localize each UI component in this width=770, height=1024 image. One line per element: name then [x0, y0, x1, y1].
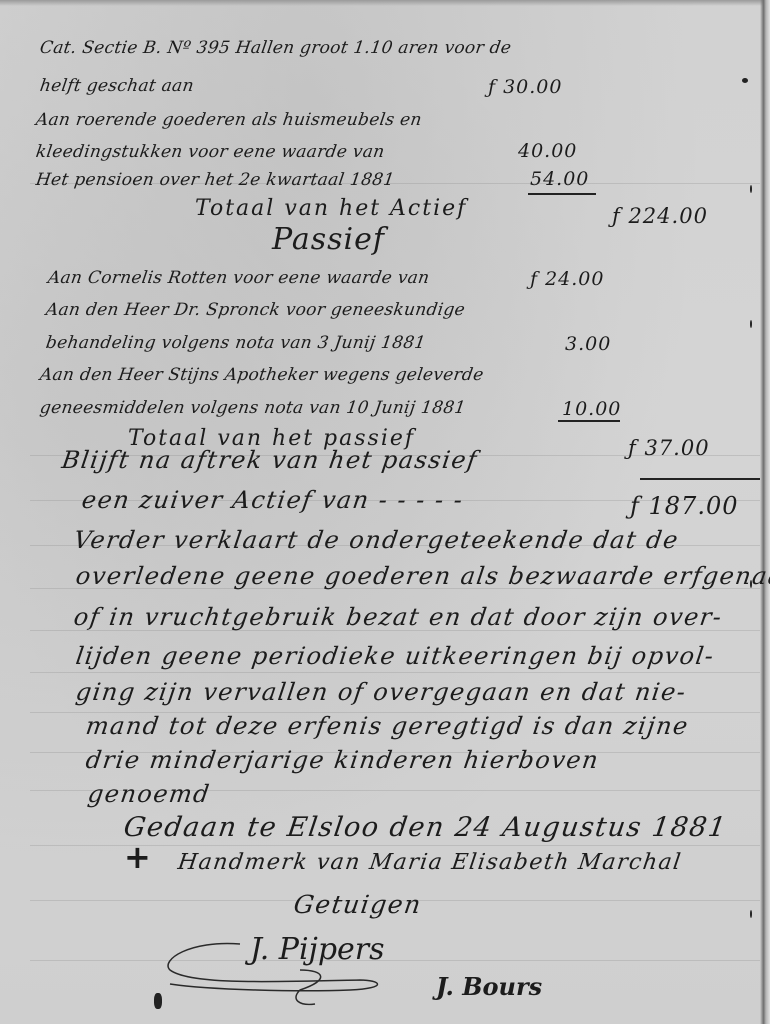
- declaration-line-1: Verder verklaart de ondergeteekende dat …: [72, 526, 681, 554]
- activa-line-1: Cat. Sectie B. Nº 395 Hallen groot 1.10 …: [39, 38, 513, 58]
- hand-mark-text: Handmerk van Maria Elisabeth Marchal: [176, 850, 683, 875]
- activa-line-4: kleedingstukken voor eene waarde van: [35, 142, 386, 162]
- passief-amount-rotten: ƒ 24.00: [530, 268, 604, 290]
- passief-line-4: Aan den Heer Stijns Apotheker wegens gel…: [39, 365, 485, 385]
- page-right-edge: [760, 0, 770, 1024]
- activa-amount-pension: 54.00: [530, 168, 589, 190]
- activa-total-amount: ƒ 224.00: [612, 204, 708, 228]
- document-page: Cat. Sectie B. Nº 395 Hallen groot 1.10 …: [0, 0, 770, 1024]
- ruled-line: [30, 672, 760, 673]
- passief-amount-spronck: 3.00: [565, 333, 611, 355]
- declaration-line-4: lijden geene periodieke uitkeeringen bij…: [74, 642, 716, 670]
- ink-speck: [750, 320, 752, 328]
- signature-flourish: [150, 940, 400, 1010]
- passief-line-3: behandeling volgens nota van 3 Junij 188…: [45, 333, 427, 353]
- ink-speck: [750, 910, 752, 918]
- ink-speck: [742, 78, 748, 83]
- hand-mark-cross: +: [124, 838, 151, 876]
- ink-blot: [154, 993, 162, 1009]
- activa-line-3: Aan roerende goederen als huismeubels en: [35, 110, 424, 130]
- page-top-edge: [0, 0, 770, 6]
- declaration-line-3: of in vruchtgebruik bezat en dat door zi…: [72, 603, 724, 631]
- activa-amount-land: ƒ 30.00: [488, 76, 562, 98]
- activa-line-2: helft geschat aan: [39, 76, 196, 96]
- sum-underline: [640, 478, 760, 480]
- sum-underline: [528, 193, 596, 195]
- declaration-line-7: drie minderjarige kinderen hierboven: [84, 746, 601, 774]
- passief-line-1: Aan Cornelis Rotten voor eene waarde van: [47, 268, 431, 288]
- ink-speck: [750, 580, 752, 588]
- declaration-line-5: ging zijn vervallen of overgegaan en dat…: [74, 678, 688, 706]
- passief-line-5: geneesmiddelen volgens nota van 10 Junij…: [39, 398, 467, 418]
- activa-line-5: Het pensioen over het 2e kwartaal 1881: [35, 170, 396, 190]
- ink-speck: [750, 185, 752, 193]
- passief-amount-stijns: 10.00: [562, 398, 621, 420]
- saldo-line-2: een zuiver Actief van - - - - -: [80, 486, 465, 514]
- saldo-line-1: Blijft na aftrek van het passief: [60, 446, 480, 474]
- witnesses-label: Getuigen: [292, 890, 424, 919]
- declaration-line-8: genoemd: [86, 780, 212, 808]
- declaration-line-6: mand tot deze erfenis geregtigd is dan z…: [84, 712, 691, 740]
- passief-heading: Passief: [272, 222, 385, 257]
- activa-amount-goods: 40.00: [518, 140, 577, 162]
- sum-underline: [558, 420, 620, 422]
- saldo-amount: ƒ 187.00: [630, 492, 739, 520]
- passief-line-2: Aan den Heer Dr. Spronck voor geneeskund…: [45, 300, 467, 320]
- passief-total-amount: ƒ 37.00: [628, 436, 710, 460]
- witness-2-signature: J. Bours: [436, 972, 542, 1001]
- declaration-line-2: overledene geene goederen als bezwaarde …: [74, 562, 770, 590]
- activa-total-label: Totaal van het Actief: [195, 196, 467, 221]
- place-date: Gedaan te Elsloo den 24 Augustus 1881: [122, 812, 729, 843]
